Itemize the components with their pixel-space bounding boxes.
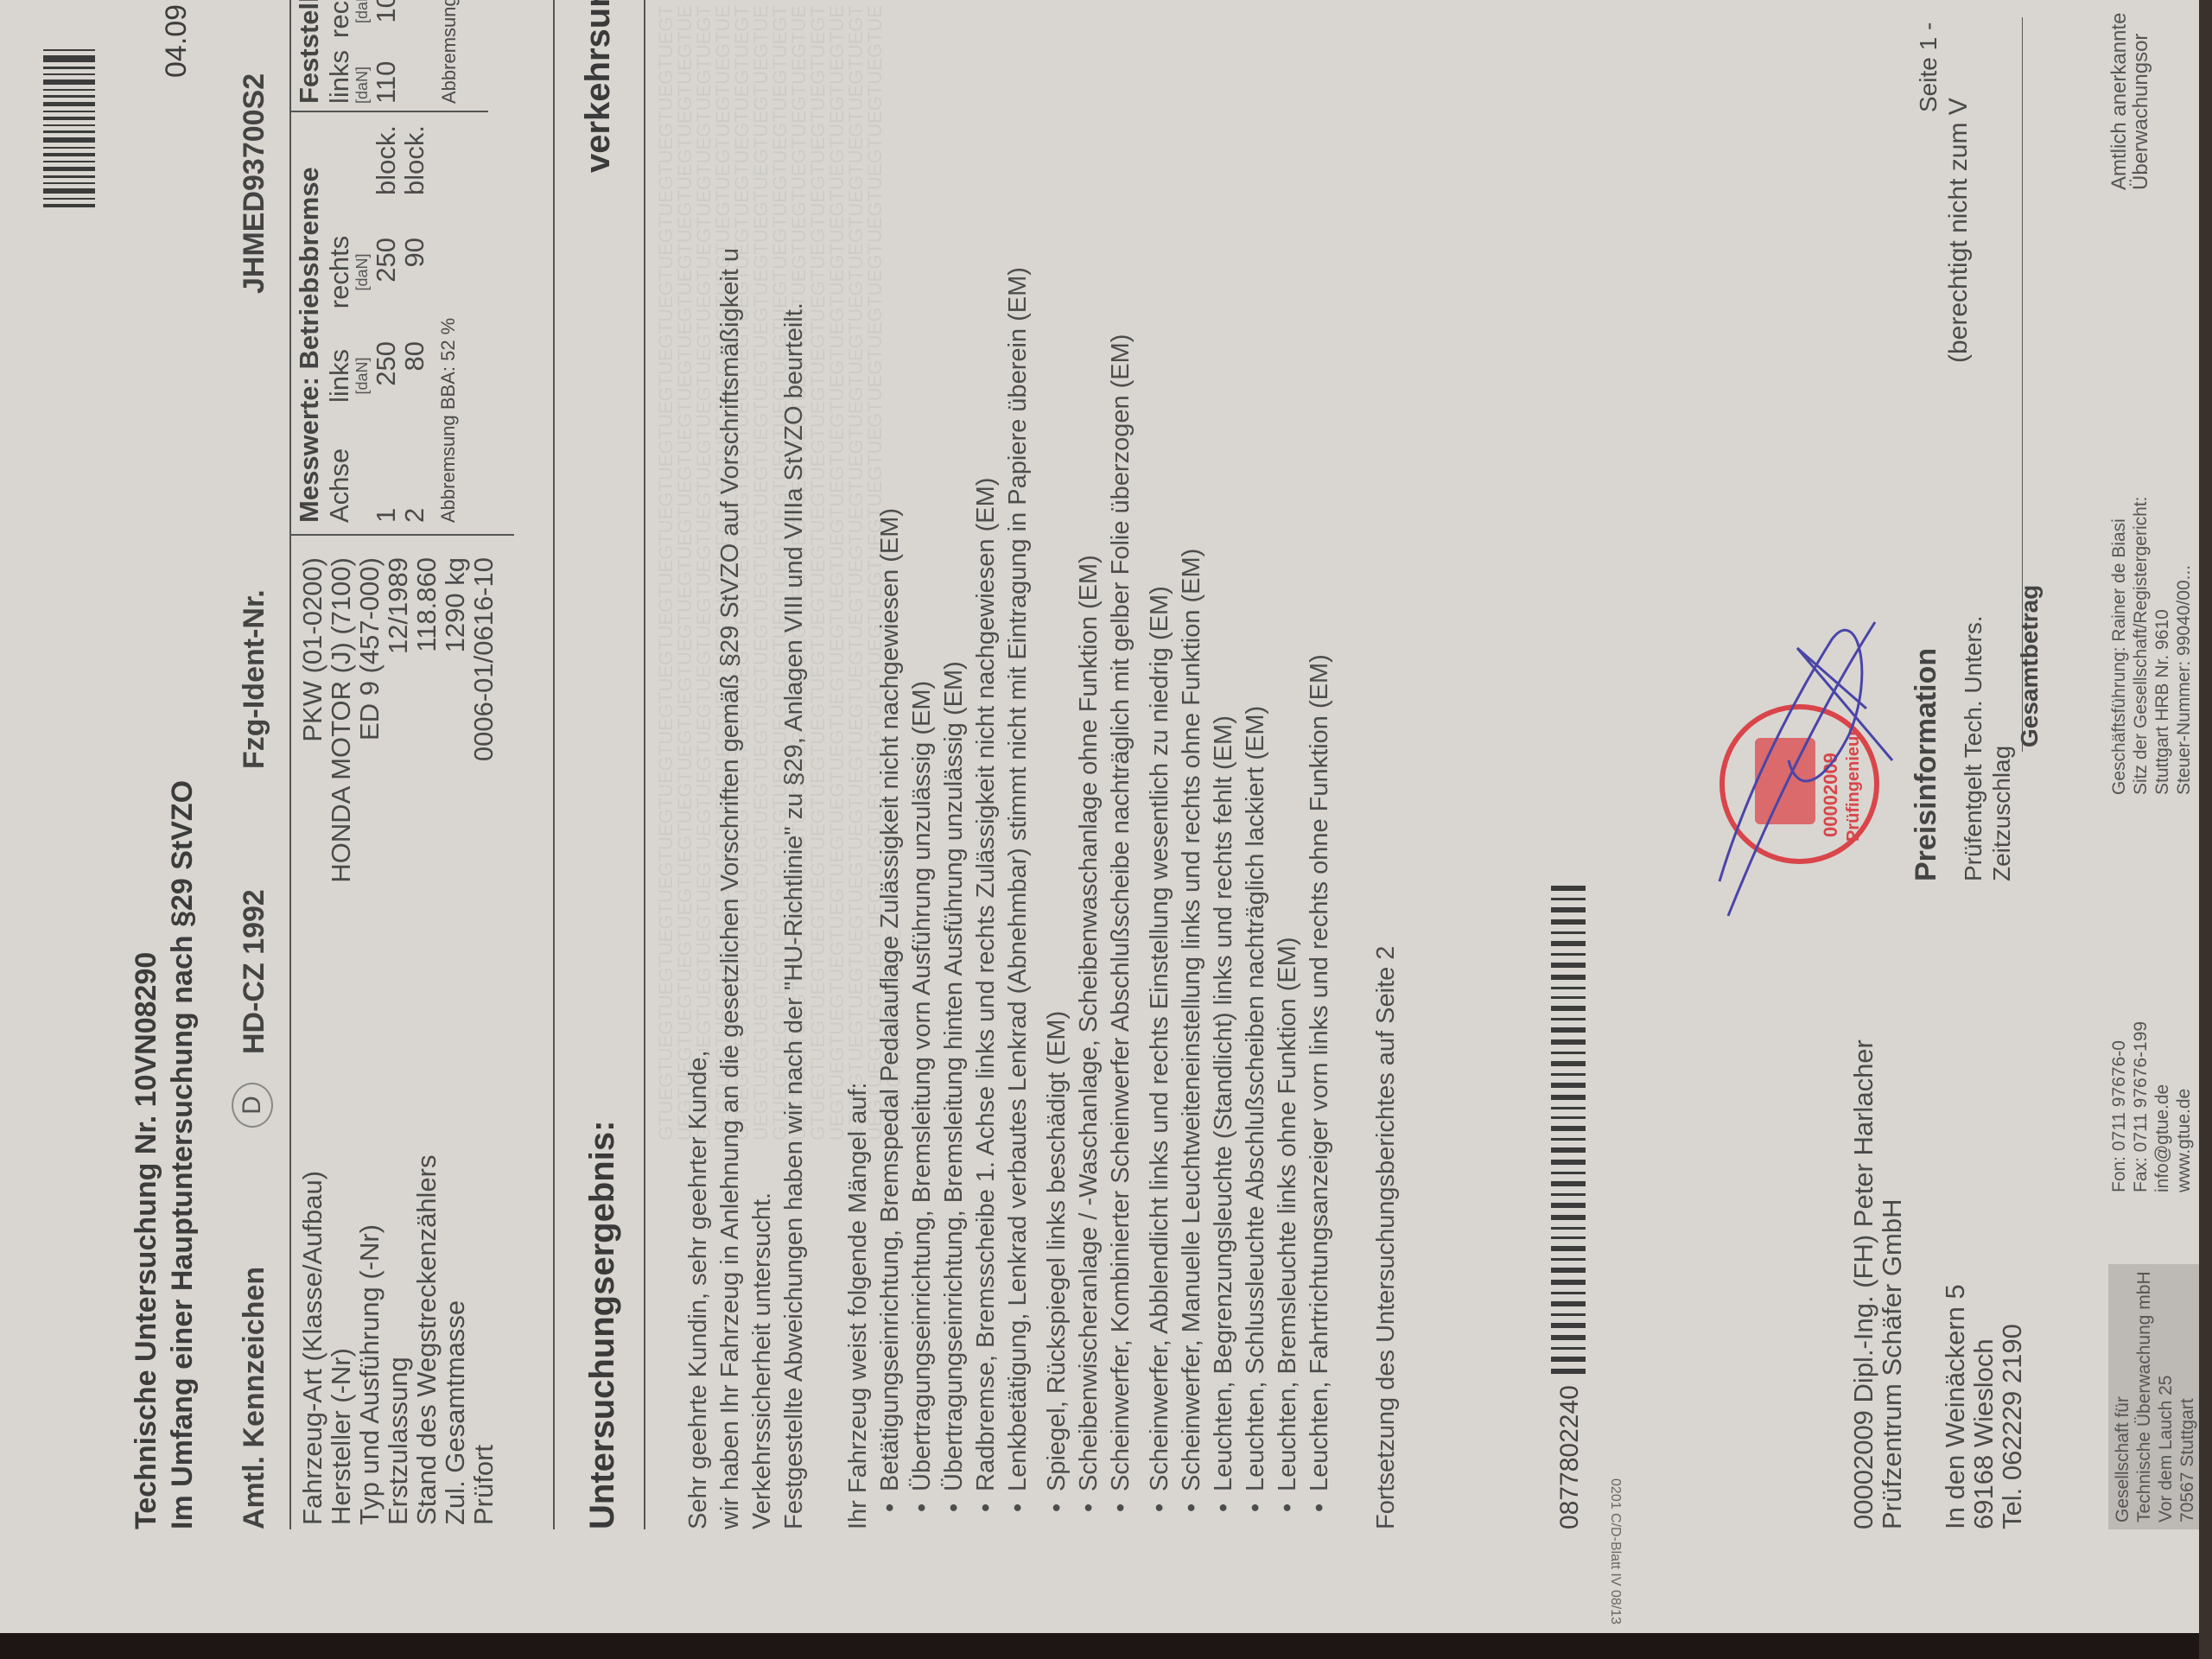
result-title: Untersuchungsergebnis: (583, 1121, 622, 1529)
vehicle-field-row: Zul. Gesamtmasse1290 kg (441, 540, 469, 1525)
right-unit: [daN] (353, 220, 372, 324)
price-title: Preisinformation (1910, 17, 1943, 881)
defects-section: Ihr Fahrzeug weist folgende Mängel auf: … (842, 0, 1402, 1529)
greeting: Sehr geehrte Kundin, sehr geehrter Kunde… (683, 0, 715, 1529)
axle-value: 2 (400, 428, 429, 523)
print-code: 0201 C/D-Blatt IV 08/13 (1607, 1478, 1623, 1624)
footer-line: Fon: 0711 97676-0 (2108, 1021, 2130, 1192)
right-header: rechts (325, 0, 353, 38)
footer-line: Amtlich anerkannte (2108, 13, 2130, 190)
field-value: HONDA MOTOR (J) (7100) (327, 540, 355, 883)
price-info: Preisinformation (berechtigt nicht zum V… (1910, 17, 2044, 881)
defects-list-lights: Scheinwerfer, Abblendlicht links und rec… (1144, 0, 1336, 1529)
defect-item: Betätigungseinrichtung, Bremspedal Pedal… (874, 0, 906, 1512)
left-unit: [daN] (353, 324, 372, 428)
field-value: PKW (01-0200) (298, 540, 327, 742)
defect-item: Scheinwerfer, Abblendlicht links und rec… (1144, 0, 1176, 1512)
left-value: 80 (400, 324, 429, 428)
price-rule (2022, 17, 2023, 752)
defect-item: Scheinwerfer, Manuelle Leuchtweiteneinst… (1176, 0, 1208, 1512)
plate-label: Amtl. Kennzeichen (238, 1267, 271, 1529)
col-divider-1 (289, 534, 514, 536)
result-top-rule (553, 0, 555, 1529)
field-label: Zul. Gesamtmasse (441, 1300, 469, 1525)
service-brake-title: Messwerte: Betriebsbremse (294, 117, 325, 523)
field-label: Erstzulassung (384, 1357, 412, 1525)
left-barcode (1551, 665, 1586, 1374)
brake-row: 1 250 250 block. (372, 117, 400, 523)
station-line1: 00002009 Dipl.-Ing. (FH) Peter Harlacher (1849, 1039, 1878, 1529)
vehicle-field-row: Prüfort0006-01/0616-10 (469, 540, 498, 1525)
price-total-label: Gesamtbetrag (2016, 17, 2044, 747)
defect-item: Leuchten, Fahrtrichtungsanzeiger vorn li… (1304, 0, 1336, 1512)
defect-item: Scheinwerfer, Kombinierter Scheinwerfer … (1105, 0, 1137, 1512)
defect-item: Lenkbetätigung, Lenkrad verbautes Lenkra… (1002, 0, 1034, 1512)
block-note: block. (372, 125, 400, 220)
defects-list-brakes: Betätigungseinrichtung, Bremspedal Pedal… (874, 0, 1034, 1529)
axle-value: 1 (372, 428, 400, 523)
defect-item: Leuchten, Bremsleuchte links ohne Funkti… (1272, 0, 1304, 1512)
barcode-number: 0877802240 (1555, 1385, 1585, 1529)
parking-brake-title: Feststellbremse (294, 0, 325, 104)
footer-line: Überwachungsor (2130, 13, 2152, 190)
report-title: Technische Untersuchung Nr. 10VN08290 (130, 952, 163, 1529)
left-header: links (325, 324, 353, 428)
signature (1694, 518, 1918, 933)
vehicle-field-row: Fahrzeug-Art (Klasse/Aufbau)PKW (01-0200… (298, 540, 327, 1525)
footer-line: Sitz der Gesellschaft/Registergericht: (2130, 497, 2152, 795)
country-badge: D (232, 1083, 273, 1128)
intro-text: Sehr geehrte Kundin, sehr geehrter Kunde… (683, 0, 810, 1529)
field-label: Fahrzeug-Art (Klasse/Aufbau) (298, 1171, 327, 1525)
vehicle-field-row: Hersteller (-Nr)HONDA MOTOR (J) (7100) (327, 540, 355, 1525)
footer-line: 70567 Stuttgart (2177, 1271, 2198, 1522)
footer-recognition: Amtlich anerkannte Überwachungsor (2108, 13, 2152, 190)
field-label: Prüfort (469, 1445, 498, 1525)
right-unit: [daN] (353, 0, 372, 23)
brake-row: 2 80 90 block. (400, 117, 429, 523)
result-bottom-rule (644, 0, 645, 1529)
parking-brake-deceleration: Abbremsung FB (435, 0, 463, 104)
field-value: 12/1989 (384, 540, 412, 654)
table-top-rule (289, 0, 291, 1529)
vehicle-field-row: Erstzulassung12/1989 (384, 540, 412, 1525)
field-label: Stand des Wegstreckenzählers (412, 1155, 441, 1526)
field-value: 0006-01/0616-10 (469, 540, 498, 761)
defect-item: Leuchten, Schlussleuchte Abschlußscheibe… (1240, 0, 1272, 1512)
footer-line: Stuttgart HRB Nr. 9610 (2152, 497, 2173, 795)
table-edge (0, 1633, 2212, 1659)
footer-contact: Fon: 0711 97676-0 Fax: 0711 97676-199 in… (2108, 1021, 2195, 1192)
footer-line: Steuer-Nummer: 99040/00... (2173, 497, 2195, 795)
defect-item: Übertragungseinrichtung, Bremsleitung hi… (938, 0, 970, 1512)
inspection-report-document: Technische Untersuchung Nr. 10VN08290 Im… (0, 0, 2212, 1659)
block-note: block. (400, 125, 429, 220)
plate-number: HD-CZ 1992 (238, 889, 271, 1054)
footer-line: www.gtue.de (2173, 1021, 2195, 1192)
price-note: (berechtigt nicht zum V (1944, 98, 1973, 363)
axle-header: Achse (325, 428, 353, 523)
vehicle-field-row: Stand des Wegstreckenzählers118.860 (412, 540, 441, 1525)
intro-line: Festgestellte Abweichungen haben wir nac… (779, 0, 810, 1529)
country-code: D (238, 1096, 266, 1115)
defects-list-visibility: Spiegel, Rückspiegel links beschädigt (E… (1041, 0, 1137, 1529)
station-city: 69168 Wiesloch (1969, 1039, 1998, 1529)
field-value: ED 9 (457-000) (355, 540, 384, 741)
field-label: Hersteller (-Nr) (327, 1348, 355, 1525)
footer-line: info@gtue.de (2152, 1021, 2173, 1192)
station-line2: Prüfzentrum Schäfer GmbH (1878, 1039, 1906, 1529)
field-label: Typ und Ausführung (-Nr) (355, 1224, 384, 1525)
top-barcode (43, 9, 95, 207)
intro-line: wir haben Ihr Fahrzeug in Anlehnung an d… (715, 0, 747, 1529)
defects-heading: Ihr Fahrzeug weist folgende Mängel auf: (842, 0, 874, 1529)
left-header: links (325, 50, 353, 104)
continuation-note: Fortsetzung des Untersuchungsberichtes a… (1370, 0, 1402, 1529)
parking-brake-table: Feststellbremse linksrechts [daN][daN] 1… (294, 0, 463, 104)
left-value: 110 (372, 61, 400, 104)
result-status: verkehrsuns (579, 0, 618, 173)
vin-label: Fzg-Ident-Nr. (238, 589, 271, 769)
right-value: 250 (372, 220, 400, 324)
defect-item: Spiegel, Rückspiegel links beschädigt (E… (1041, 0, 1073, 1512)
station-street: In den Weinäckern 5 (1941, 1039, 1969, 1529)
page-number: Seite 1 - (1914, 22, 1942, 112)
col-divider-2 (289, 111, 488, 112)
station-phone: Tel. 062229 2190 (1998, 1039, 2026, 1529)
footer-line: Gesellschaft für (2112, 1271, 2133, 1522)
left-value: 250 (372, 324, 400, 428)
defect-item: Übertragungseinrichtung, Bremsleitung vo… (906, 0, 938, 1512)
service-brake-table: Messwerte: Betriebsbremse Achse links re… (294, 117, 462, 523)
report-date: 04.09 (160, 4, 194, 78)
footer-line: Geschäftsführung: Rainer de Biasi (2108, 497, 2130, 795)
field-value: 1290 kg (441, 540, 469, 652)
vin-value: JHMED93700S2 (238, 73, 271, 294)
price-item: Zeitzuschlag (1987, 17, 2016, 881)
vehicle-field-row: Typ und Ausführung (-Nr)ED 9 (457-000) (355, 540, 384, 1525)
report-subtitle: Im Umfang einer Hauptuntersuchung nach §… (166, 780, 200, 1529)
footer-line: Technische Überwachung mbH (2133, 1271, 2155, 1522)
footer-line: Fax: 0711 97676-199 (2130, 1021, 2152, 1192)
field-value: 118.860 (412, 540, 441, 652)
defect-item: Scheibenwischeranlage / -Waschanlage, Sc… (1073, 0, 1105, 1512)
footer-registry: Geschäftsführung: Rainer de Biasi Sitz d… (2108, 497, 2195, 795)
footer-line: Vor dem Lauch 25 (2155, 1271, 2177, 1522)
vehicle-fields: Fahrzeug-Art (Klasse/Aufbau)PKW (01-0200… (298, 540, 498, 1525)
right-header: rechts (325, 220, 353, 324)
intro-line: Verkehrssicherheit untersucht. (747, 0, 779, 1529)
right-value: 100 (372, 0, 400, 23)
service-brake-deceleration: Abbremsung BBA: 52 % (434, 117, 462, 523)
station-info: 00002009 Dipl.-Ing. (FH) Peter Harlacher… (1849, 1039, 2026, 1529)
left-unit: [daN] (353, 67, 372, 104)
paper-edge-shadow (2199, 0, 2212, 1659)
defect-item: Radbremse, Bremsscheibe 1. Achse links u… (970, 0, 1002, 1512)
footer-company: Gesellschaft für Technische Überwachung … (2108, 1264, 2202, 1529)
right-value: 90 (400, 220, 429, 324)
defect-item: Leuchten, Begrenzungsleuchte (Standlicht… (1208, 0, 1240, 1512)
